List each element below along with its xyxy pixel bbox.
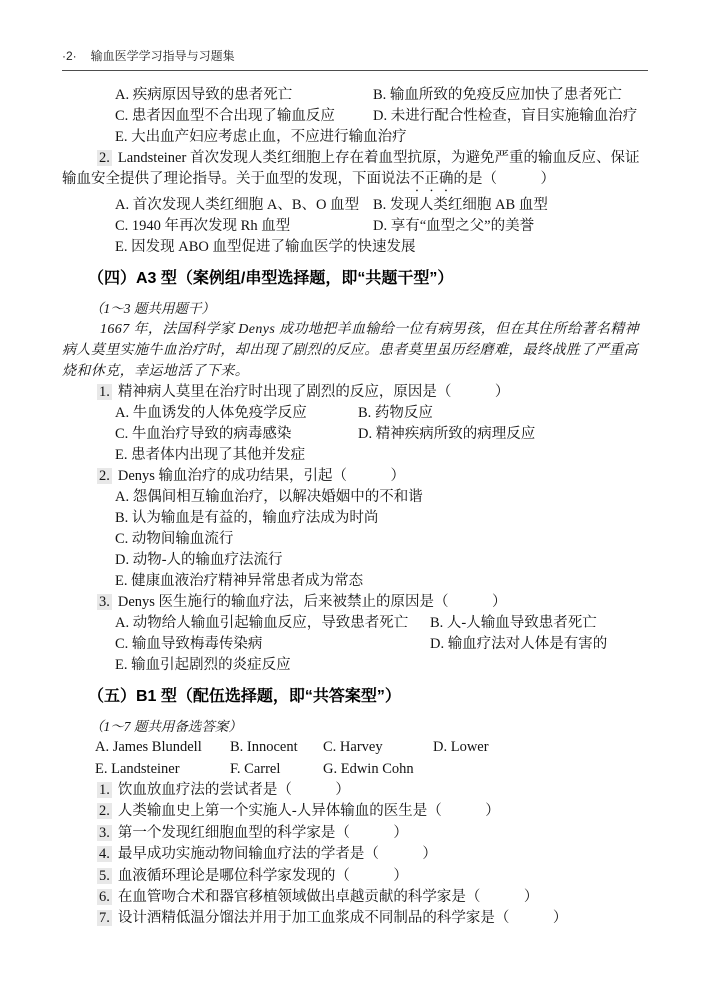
question-stem: 3.Denys 医生施行的输血疗法，后来被禁止的原因是（ ） (62, 592, 648, 613)
page-number: ·2· (62, 49, 77, 63)
option-e: E. 大出血产妇应考虑止血，不应进行输血治疗 (115, 127, 407, 148)
option-d: D. 未进行配合性检查，盲目实施输血治疗 (373, 106, 637, 127)
option-c: C. 患者因血型不合出现了输血反应 (115, 106, 373, 127)
option-d: D. 享有“血型之父”的美誉 (373, 216, 534, 237)
option-e: E. 患者体内出现了其他并发症 (115, 445, 305, 466)
question-number: 3. (97, 594, 112, 610)
option-c: C. 1940 年再次发现 Rh 血型 (115, 216, 373, 237)
item-number: 2. (97, 803, 112, 819)
item-text: 血液循环理论是哪位科学家发现的（ ） (118, 868, 408, 884)
answer-option-a: A. James Blundell (95, 737, 230, 759)
question-number: 1. (97, 384, 112, 400)
option-row: E. 患者体内出现了其他并发症 (62, 445, 648, 466)
item-text: 人类输血史上第一个实施人-人异体输血的医生是（ ） (118, 803, 500, 819)
answer-option-b: B. Innocent (230, 737, 323, 759)
option-a: A. 怨偶间相互输血治疗，以解决婚姻中的不和谐 (62, 487, 648, 508)
option-a: A. 牛血诱发的人体免疫学反应 (115, 403, 358, 424)
item-text: 第一个发现红细胞血型的科学家是（ ） (118, 825, 408, 841)
answer-option-c: C. Harvey (323, 737, 433, 759)
answer-option-e: E. Landsteiner (95, 759, 230, 781)
option-row: E. 输血引起剧烈的炎症反应 (62, 655, 648, 676)
shared-answers-note: （1～7 题共用备选答案） (62, 716, 648, 737)
option-b: B. 认为输血是有益的，输血疗法成为时尚 (62, 508, 648, 529)
question-stem: 2.Landsteiner 首次发现人类红细胞上存在着血型抗原，为避免严重的输血… (62, 148, 648, 195)
answer-option-row: A. James Blundell B. Innocent C. Harvey … (62, 737, 648, 759)
option-c: C. 输血导致梅毒传染病 (115, 634, 430, 655)
list-item: 2.人类输血史上第一个实施人-人异体输血的医生是（ ） (62, 801, 648, 822)
question-number: 2. (97, 468, 112, 484)
list-item: 5.血液循环理论是哪位科学家发现的（ ） (62, 866, 648, 887)
answer-option-row: E. Landsteiner F. Carrel G. Edwin Cohn (62, 759, 648, 781)
answer-option-g: G. Edwin Cohn (323, 759, 433, 781)
page-header: ·2·输血医学学习指导与习题集 (62, 0, 648, 71)
stem-emphasized-text: 不正确 (410, 171, 454, 187)
stem-text: Denys 医生施行的输血疗法，后来被禁止的原因是（ ） (118, 594, 507, 610)
section-heading-a3: （四）A3 型（案例组/串型选择题，即“共题干型”） (62, 267, 648, 291)
list-item: 6.在血管吻合术和器官移植领域做出卓越贡献的科学家是（ ） (62, 887, 648, 908)
option-b: B. 药物反应 (358, 403, 433, 424)
option-c: C. 牛血治疗导致的病毒感染 (115, 424, 358, 445)
option-row: C. 输血导致梅毒传染病 D. 输血疗法对人体是有害的 (62, 634, 648, 655)
option-row: E. 大出血产妇应考虑止血，不应进行输血治疗 (62, 127, 648, 148)
option-e: E. 健康血液治疗精神异常患者成为常态 (62, 571, 648, 592)
option-b: B. 输血所致的免疫反应加快了患者死亡 (373, 85, 622, 106)
list-item: 1.饮血放血疗法的尝试者是（ ） (62, 780, 648, 801)
question-number: 2. (97, 150, 112, 166)
item-text: 饮血放血疗法的尝试者是（ ） (118, 782, 350, 798)
item-text: 在血管吻合术和器官移植领域做出卓越贡献的科学家是（ ） (118, 889, 539, 905)
stem-text: 的是（ ） (454, 171, 556, 187)
option-e: E. 输血引起剧烈的炎症反应 (115, 655, 291, 676)
page-content: A. 疾病原因导致的患者死亡 B. 输血所致的免疫反应加快了患者死亡 C. 患者… (0, 71, 706, 930)
answer-option-f: F. Carrel (230, 759, 323, 781)
option-row: A. 疾病原因导致的患者死亡 B. 输血所致的免疫反应加快了患者死亡 (62, 85, 648, 106)
item-number: 6. (97, 889, 112, 905)
option-a: A. 首次发现人类红细胞 A、B、O 血型 (115, 195, 373, 216)
option-e: E. 因发现 ABO 血型促进了输血医学的快速发展 (115, 237, 415, 258)
option-row: C. 患者因血型不合出现了输血反应 D. 未进行配合性检查，盲目实施输血治疗 (62, 106, 648, 127)
option-row: C. 牛血治疗导致的病毒感染 D. 精神疾病所致的病理反应 (62, 424, 648, 445)
option-b: B. 人-人输血导致患者死亡 (430, 613, 597, 634)
shared-stem-note: （1～3 题共用题干） (62, 298, 648, 319)
option-a: A. 动物给人输血引起输血反应，导致患者死亡 (115, 613, 430, 634)
list-item: 3.第一个发现红细胞血型的科学家是（ ） (62, 823, 648, 844)
case-passage: 1667 年，法国科学家 Denys 成功地把羊血输给一位有病男孩，但在其住所给… (62, 319, 648, 382)
option-row: E. 因发现 ABO 血型促进了输血医学的快速发展 (62, 237, 648, 258)
book-title: 输血医学学习指导与习题集 (91, 49, 235, 63)
option-row: A. 牛血诱发的人体免疫学反应 B. 药物反应 (62, 403, 648, 424)
option-row: C. 1940 年再次发现 Rh 血型 D. 享有“血型之父”的美誉 (62, 216, 648, 237)
section-heading-b1: （五）B1 型（配伍选择题，即“共答案型”） (62, 685, 648, 709)
question-stem: 1.精神病人莫里在治疗时出现了剧烈的反应，原因是（ ） (62, 382, 648, 403)
stem-text: Denys 输血治疗的成功结果，引起（ ） (118, 468, 405, 484)
stem-text: 精神病人莫里在治疗时出现了剧烈的反应，原因是（ ） (118, 384, 510, 400)
item-number: 5. (97, 868, 112, 884)
question-stem: 2.Denys 输血治疗的成功结果，引起（ ） (62, 466, 648, 487)
option-a: A. 疾病原因导致的患者死亡 (115, 85, 373, 106)
item-text: 最早成功实施动物间输血疗法的学者是（ ） (118, 846, 437, 862)
option-d: D. 动物-人的输血疗法流行 (62, 550, 648, 571)
document-page: ·2·输血医学学习指导与习题集 A. 疾病原因导致的患者死亡 B. 输血所致的免… (0, 0, 706, 982)
list-item: 7.设计酒精低温分馏法并用于加工血浆成不同制品的科学家是（ ） (62, 908, 648, 929)
item-number: 3. (97, 825, 112, 841)
item-number: 4. (97, 846, 112, 862)
item-text: 设计酒精低温分馏法并用于加工血浆成不同制品的科学家是（ ） (118, 910, 568, 926)
option-d: D. 精神疾病所致的病理反应 (358, 424, 535, 445)
item-number: 1. (97, 782, 112, 798)
answer-option-d: D. Lower (433, 737, 489, 759)
item-number: 7. (97, 910, 112, 926)
option-d: D. 输血疗法对人体是有害的 (430, 634, 607, 655)
option-c: C. 动物间输血流行 (62, 529, 648, 550)
option-b: B. 发现人类红细胞 AB 血型 (373, 195, 548, 216)
option-row: A. 首次发现人类红细胞 A、B、O 血型 B. 发现人类红细胞 AB 血型 (62, 195, 648, 216)
option-row: A. 动物给人输血引起输血反应，导致患者死亡 B. 人-人输血导致患者死亡 (62, 613, 648, 634)
list-item: 4.最早成功实施动物间输血疗法的学者是（ ） (62, 844, 648, 865)
